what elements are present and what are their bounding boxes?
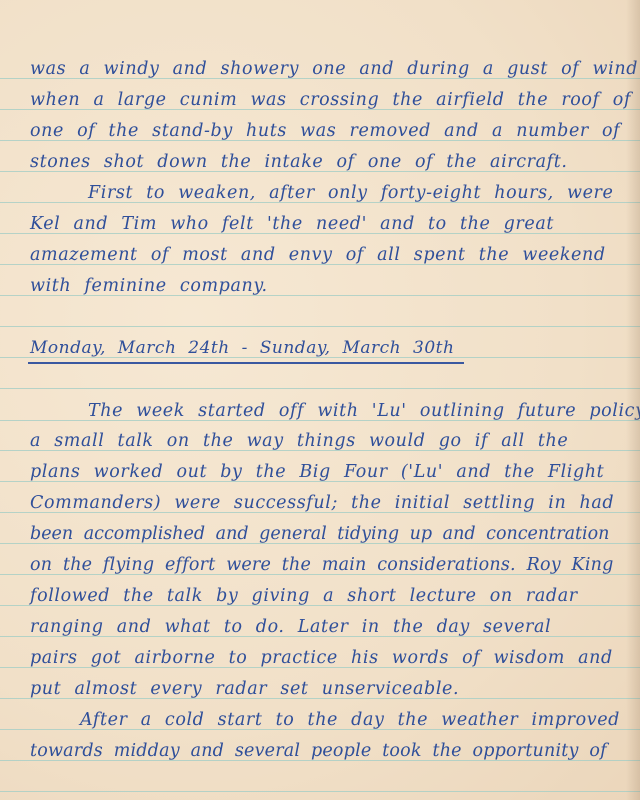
text-line: a small talk on the way things would go … xyxy=(30,430,640,452)
text-line: First to weaken, after only forty-eight … xyxy=(88,182,640,204)
text-line: towards midday and several people took t… xyxy=(30,740,640,762)
ruled-line xyxy=(0,388,640,389)
text-line: After a cold start to the day the weathe… xyxy=(80,709,640,731)
text-line: when a large cunim was crossing the airf… xyxy=(30,89,640,111)
text-line: followed the talk by giving a short lect… xyxy=(30,585,640,607)
section-heading: Monday, March 24th - Sunday, March 30th xyxy=(30,338,454,358)
text-line: was a windy and showery one and during a… xyxy=(30,58,640,80)
text-line: with feminine company. xyxy=(30,275,640,297)
text-line: Kel and Tim who felt 'the need' and to t… xyxy=(30,213,640,235)
text-line: on the flying effort were the main consi… xyxy=(30,554,640,576)
page-edge-shadow xyxy=(626,0,640,800)
text-line: The week started off with 'Lu' outlining… xyxy=(88,400,640,422)
text-line: ranging and what to do. Later in the day… xyxy=(30,616,640,638)
text-line: one of the stand-by huts was removed and… xyxy=(30,120,640,142)
text-line: Commanders) were successful; the initial… xyxy=(30,492,640,514)
text-line: been accomplished and general tidying up… xyxy=(30,523,640,545)
text-line: stones shot down the intake of one of th… xyxy=(30,151,640,173)
text-line: pairs got airborne to practice his words… xyxy=(30,647,640,669)
text-line: amazement of most and envy of all spent … xyxy=(30,244,640,266)
text-line: plans worked out by the Big Four ('Lu' a… xyxy=(30,461,640,483)
ruled-line xyxy=(0,326,640,327)
text-line: put almost every radar set unserviceable… xyxy=(30,678,640,700)
notebook-page: was a windy and showery one and during a… xyxy=(0,0,640,800)
ruled-line xyxy=(0,791,640,792)
heading-underline xyxy=(28,362,464,364)
